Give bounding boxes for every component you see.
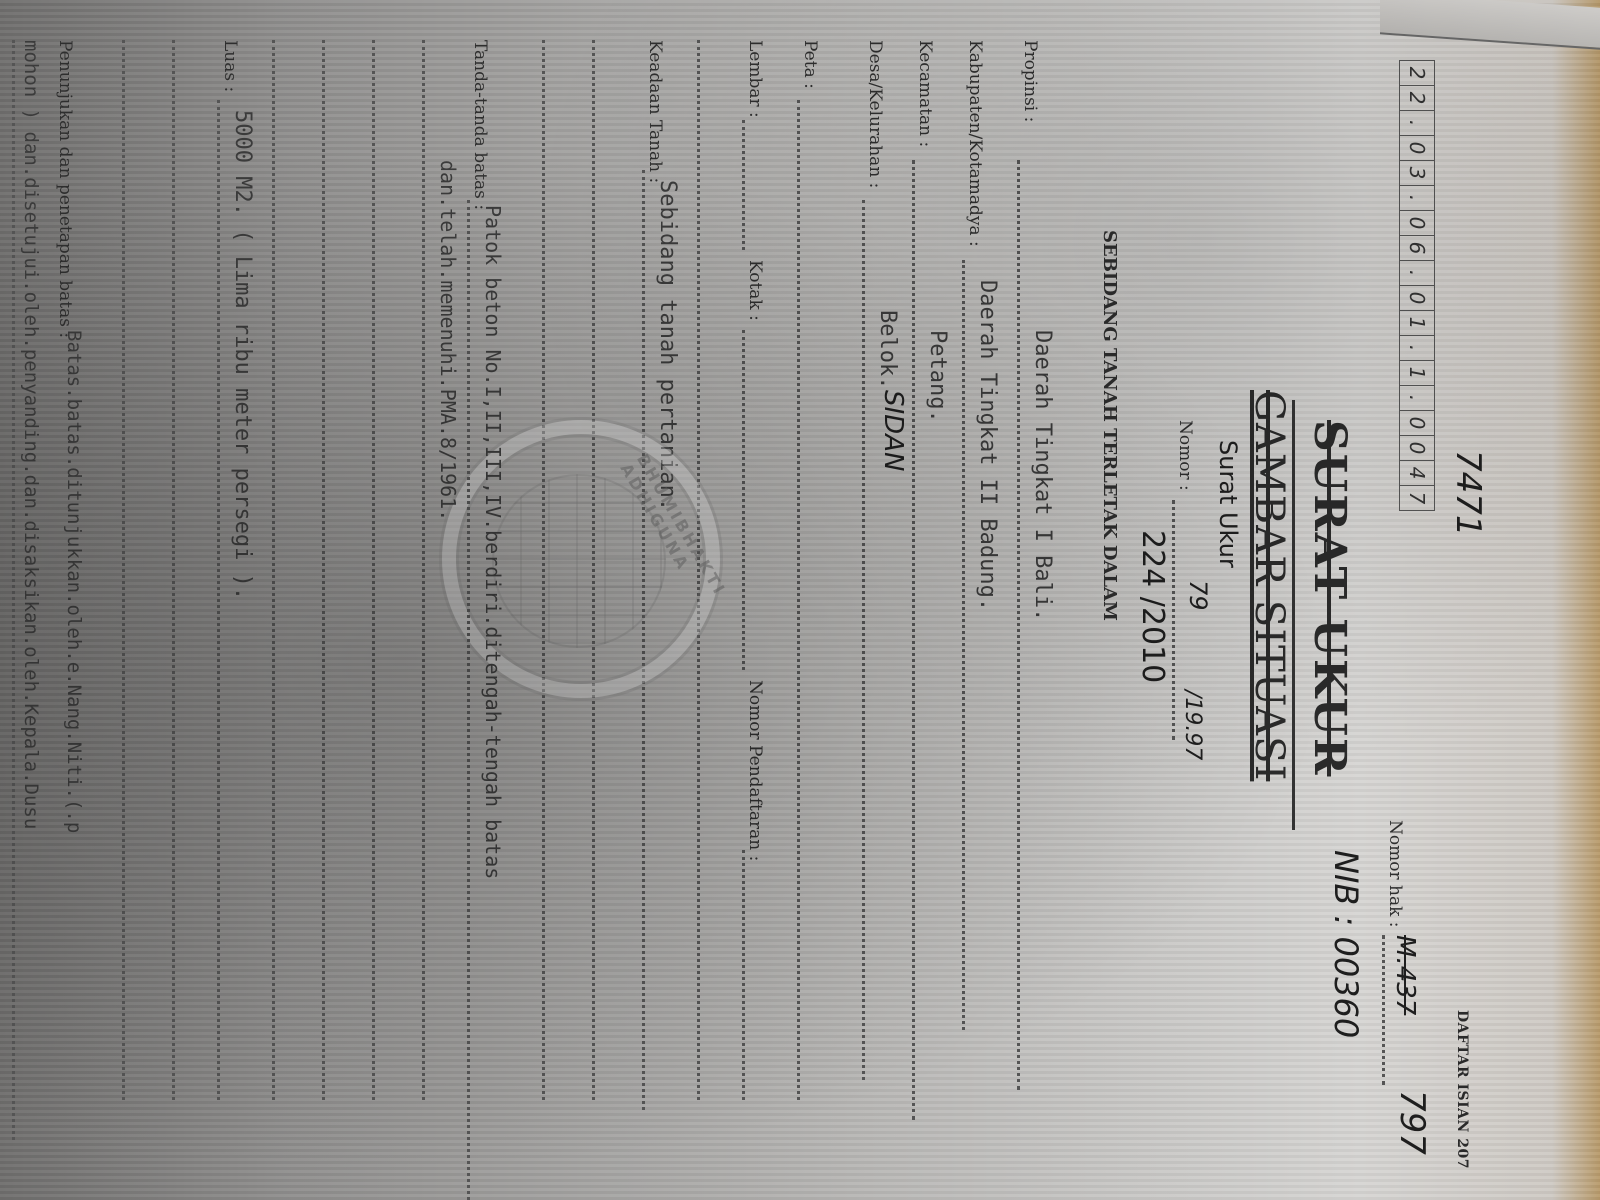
tanda-batas-label: Tanda-tanda batas : bbox=[470, 40, 490, 210]
nomor-typed-value: 79 bbox=[1184, 580, 1212, 611]
desa-handwritten: SIDAN bbox=[878, 390, 908, 471]
code-cell: . bbox=[1400, 336, 1434, 361]
code-cell: 0 bbox=[1400, 136, 1434, 161]
propinsi-label: Propinsi : bbox=[1020, 40, 1040, 122]
desa-dots bbox=[862, 200, 865, 1080]
blank-line-6 bbox=[272, 40, 275, 1100]
blank-line-7 bbox=[172, 40, 175, 1100]
title-sub: GAMBAR SITUASI bbox=[1246, 390, 1292, 781]
title-rule bbox=[1292, 400, 1295, 830]
nomor-hak-label: Nomor hak : bbox=[1385, 820, 1405, 928]
nomor-hak-dots bbox=[1382, 935, 1385, 1085]
code-cell: 1 bbox=[1400, 361, 1434, 386]
code-cell: . bbox=[1400, 261, 1434, 286]
blank-line-5 bbox=[322, 40, 325, 1100]
luas-value: 5000 M2. ( Lima ribu meter persegi ). bbox=[230, 110, 255, 600]
peta-label: Peta : bbox=[800, 40, 820, 89]
location-heading: SEBIDANG TANAH TERLETAK DALAM bbox=[1099, 230, 1120, 621]
handwritten-top-number: 7471 bbox=[1448, 450, 1488, 537]
code-cell: 1 bbox=[1400, 311, 1434, 336]
code-cell: . bbox=[1400, 186, 1434, 211]
title-main: SURAT UKUR bbox=[1304, 420, 1355, 777]
nomor-hak-handwritten: 797 bbox=[1392, 1090, 1432, 1155]
nomor-hak-crossed: M.437 bbox=[1390, 935, 1420, 1015]
kabupaten-label: Kabupaten/Kotamadya : bbox=[965, 40, 985, 247]
desa-value: Belok. bbox=[875, 310, 900, 389]
tanda-batas-line1: Patok beton No.I,II,III,IV.berdiri.diten… bbox=[481, 205, 505, 879]
propinsi-value: Daerah Tingkat I Bali. bbox=[1030, 330, 1055, 621]
kabupaten-dots bbox=[962, 260, 965, 1030]
lembar-dots bbox=[742, 120, 745, 250]
blank-line-8 bbox=[122, 40, 125, 1100]
luas-dots bbox=[217, 100, 220, 1100]
code-cell: 4 bbox=[1400, 461, 1434, 486]
blank-line-4 bbox=[372, 40, 375, 1100]
kecamatan-value: Petang. bbox=[925, 330, 950, 423]
code-cell: . bbox=[1400, 386, 1434, 411]
keadaan-tanah-label: Keadaan Tanah : bbox=[645, 40, 665, 183]
kabupaten-value: Daerah Tingkat II Badung. bbox=[975, 280, 1000, 611]
propinsi-dots bbox=[1017, 160, 1020, 1090]
form-code: DAFTAR ISIAN 207 bbox=[1454, 1010, 1470, 1169]
peta-dots bbox=[797, 100, 800, 1100]
nomor-pendaftaran-dots bbox=[742, 850, 745, 1100]
code-cell: 0 bbox=[1400, 211, 1434, 236]
penunjukan-dots bbox=[12, 40, 15, 1140]
nomor-dots bbox=[1172, 500, 1175, 740]
code-cell: 2 bbox=[1400, 86, 1434, 111]
lembar-label: Lembar : bbox=[745, 40, 765, 118]
code-cell: 7 bbox=[1400, 486, 1434, 510]
penunjukan-label: Penunjukan dan penetapan batas : bbox=[55, 40, 75, 338]
penunjukan-line1: Batas.batas.ditunjukkan.oleh.e.Nang.Niti… bbox=[63, 330, 85, 833]
penunjukan-line2: mohon ) dan.disetujui.oleh.penyanding.da… bbox=[20, 40, 42, 829]
code-cell: 6 bbox=[1400, 236, 1434, 261]
luas-label: Luas : bbox=[220, 40, 240, 92]
code-cell: 2 bbox=[1400, 61, 1434, 86]
code-cell: 0 bbox=[1400, 411, 1434, 436]
nomor-typed-year: /19.97 bbox=[1180, 690, 1205, 760]
code-cell: 0 bbox=[1400, 436, 1434, 461]
tanda-batas-dots-2 bbox=[422, 40, 425, 1100]
code-cell: . bbox=[1400, 111, 1434, 136]
tanda-batas-dots bbox=[467, 200, 470, 1200]
kotak-label: Kotak : bbox=[745, 260, 765, 321]
nomor-pendaftaran-label: Nomor Pendaftaran : bbox=[745, 680, 765, 861]
code-cell: 0 bbox=[1400, 286, 1434, 311]
document-page: DAFTAR ISIAN 207 7471 22.03.06.01.1.0047… bbox=[0, 0, 1600, 1200]
title-handwritten-correction: Surat Ukur bbox=[1214, 440, 1242, 568]
code-boxes: 22.03.06.01.1.0047 bbox=[1399, 60, 1435, 511]
code-cell: 3 bbox=[1400, 161, 1434, 186]
nib-number: NIB : 00360 bbox=[1327, 850, 1365, 1038]
desa-label: Desa/Kelurahan : bbox=[865, 40, 885, 188]
kecamatan-dots bbox=[912, 160, 915, 1120]
nomor-label: Nomor : bbox=[1175, 420, 1195, 491]
kecamatan-label: Kecamatan : bbox=[915, 40, 935, 147]
tanda-batas-line2: dan.telah.memenuhi.PMA.8/1961. bbox=[436, 160, 460, 521]
nomor-handwritten: 224 /2010 bbox=[1135, 530, 1170, 683]
